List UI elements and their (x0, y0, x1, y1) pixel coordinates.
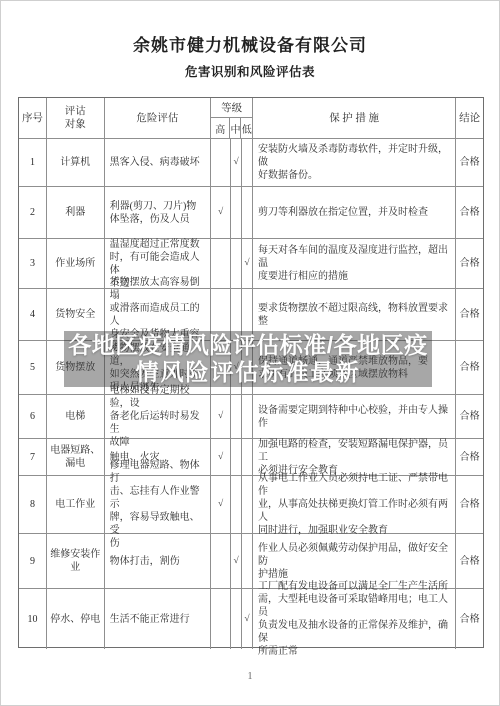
level-mid-cell (231, 239, 242, 289)
protection-cell: 工厂配有发电设备可以满足全厂生产生活所 需，大型耗电设备可采取错峰用电；电工人员… (253, 589, 456, 649)
level-low-cell (242, 395, 253, 439)
check-mark: √ (244, 613, 249, 626)
protection-cell: 剪刀等利器放在指定位置，并及时检查 (253, 187, 456, 239)
protection-cell: 加强电路的检查，安装短路漏电保护器，员工 必须进行安全教育 (253, 439, 456, 476)
level-mid-cell (231, 476, 242, 534)
level-high-cell: √ (211, 439, 231, 476)
table-body: 1计算机黑客入侵、病毒破坏√安装防火墙及杀毒防毒软件，并定时升级，做 好数据备份… (19, 139, 483, 649)
header-level-mid: 中 (230, 118, 241, 138)
row-number-cell: 3 (19, 239, 47, 289)
check-mark: √ (218, 498, 223, 511)
conclusion-cell: 合格 (456, 395, 483, 439)
level-low-cell (242, 534, 253, 589)
header-protection: 保 护 措 施 (253, 98, 456, 139)
conclusion-cell: 合格 (456, 476, 483, 534)
object-cell: 作业场所 (47, 239, 105, 289)
watermark-overlay: 各地区疫情风险评估标准/各地区疫 情风险评估标准最新 (64, 331, 432, 387)
level-mid-cell: √ (231, 139, 242, 187)
check-mark: √ (233, 156, 238, 169)
table-row: 7电器短路、 漏电触电、火灾√加强电路的检查，安装短路漏电保护器，员工 必须进行… (19, 439, 483, 476)
conclusion-cell: 合格 (456, 534, 483, 589)
object-cell: 计算机 (47, 139, 105, 187)
hazard-cell: 黑客入侵、病毒破坏 (105, 139, 212, 187)
header-level: 等级 (211, 98, 252, 118)
conclusion-cell: 合格 (456, 239, 483, 289)
watermark-text-line2: 情风险评估标准最新 (136, 359, 361, 386)
object-cell: 电器短路、 漏电 (47, 439, 105, 476)
row-number-cell: 4 (19, 289, 47, 341)
level-mid-cell (231, 395, 242, 439)
table-row: 6电梯电梯如没有定期校验，设 备老化后运转时易发生 故障√设备需要定期到特种中心… (19, 395, 483, 439)
conclusion-cell: 合格 (456, 139, 483, 187)
conclusion-cell: 合格 (456, 187, 483, 239)
level-mid-cell (231, 589, 242, 649)
row-number-cell: 7 (19, 439, 47, 476)
protection-cell: 每天对各车间的温度及湿度进行监控，超出温 度要进行相应的措施 (253, 239, 456, 289)
row-number-cell: 9 (19, 534, 47, 589)
level-mid-cell (231, 187, 242, 239)
row-number-cell: 2 (19, 187, 47, 239)
header-level-low: 低 (241, 118, 252, 138)
table-row: 10停水、停电生活不能正常进行√工厂配有发电设备可以满足全厂生产生活所 需，大型… (19, 589, 483, 649)
row-number-cell: 8 (19, 476, 47, 534)
level-high-cell (211, 239, 231, 289)
object-cell: 维修安装作 业 (47, 534, 105, 589)
hazard-cell: 利器(剪刀、刀片)物 体坠落，伤及人员 (105, 187, 212, 239)
hazard-cell: 生活不能正常进行 (105, 589, 212, 649)
object-cell: 电梯 (47, 395, 105, 439)
table-row: 3作业场所温湿度超过正常度数 时，有可能会造成人体 不适√每天对各车间的温度及湿… (19, 239, 483, 289)
header-level-high: 高 (211, 118, 230, 138)
check-mark: √ (218, 206, 223, 219)
level-low-cell (242, 187, 253, 239)
conclusion-cell: 合格 (456, 341, 483, 395)
level-low-cell (242, 476, 253, 534)
check-mark: √ (244, 257, 249, 270)
header-object: 评诂 对象 (47, 98, 105, 139)
level-mid-cell (231, 439, 242, 476)
conclusion-cell: 合格 (456, 289, 483, 341)
header-conclusion: 结论 (456, 98, 483, 139)
row-number-cell: 1 (19, 139, 47, 187)
object-cell: 电工作业 (47, 476, 105, 534)
page-subtitle: 危害识别和风险评估表 (0, 62, 500, 80)
table-header-row: 序号 评诂 对象 危险评估 等级 高 中 低 保 护 措 施 结论 (19, 98, 483, 139)
watermark-text-line1: 各地区疫情风险评估标准/各地区疫 (68, 332, 427, 359)
check-mark: √ (218, 451, 223, 464)
level-high-cell: √ (211, 476, 231, 534)
row-number-cell: 6 (19, 395, 47, 439)
header-no: 序号 (19, 98, 47, 139)
level-high-cell (211, 589, 231, 649)
object-cell: 利器 (47, 187, 105, 239)
protection-cell: 从事电工作业人员必须持电工证、严禁带电作 业，从事高处扶梯更换灯管工作时必须有两… (253, 476, 456, 534)
hazard-cell: 电梯如没有定期校验，设 备老化后运转时易发生 故障 (105, 395, 212, 439)
page-number: 1 (0, 671, 500, 682)
table-row: 8电工作业修理电器短路、物体打 击、忘挂有人作业警示 牌，容易导致触电、受 伤√… (19, 476, 483, 534)
hazard-cell: 物体打击，割伤 (105, 534, 212, 589)
conclusion-cell: 合格 (456, 589, 483, 649)
level-high-cell (211, 139, 231, 187)
conclusion-cell: 合格 (456, 439, 483, 476)
protection-cell: 设备需要定期到特种中心校验，并由专人操作 (253, 395, 456, 439)
level-high-cell: √ (211, 187, 231, 239)
row-number-cell: 5 (19, 341, 47, 395)
level-low-cell: √ (242, 589, 253, 649)
level-low-cell (242, 439, 253, 476)
check-mark: √ (218, 410, 223, 423)
hazard-cell: 修理电器短路、物体打 击、忘挂有人作业警示 牌，容易导致触电、受 伤 (105, 476, 212, 534)
table-row: 2利器利器(剪刀、刀片)物 体坠落，伤及人员√剪刀等利器放在指定位置，并及时检查… (19, 187, 483, 239)
level-mid-cell: √ (231, 534, 242, 589)
level-high-cell: √ (211, 395, 231, 439)
object-cell: 停水、停电 (47, 589, 105, 649)
level-low-cell (242, 139, 253, 187)
protection-cell: 安装防火墙及杀毒防毒软件，并定时升级，做 好数据备份。 (253, 139, 456, 187)
page-title: 余姚市健力机械设备有限公司 (0, 31, 500, 56)
table-row: 1计算机黑客入侵、病毒破坏√安装防火墙及杀毒防毒软件，并定时升级，做 好数据备份… (19, 139, 483, 187)
level-low-cell: √ (242, 239, 253, 289)
check-mark: √ (233, 555, 238, 568)
header-hazard: 危险评估 (105, 98, 212, 139)
header-level-group: 等级 高 中 低 (211, 98, 253, 139)
row-number-cell: 10 (19, 589, 47, 649)
level-high-cell (211, 534, 231, 589)
